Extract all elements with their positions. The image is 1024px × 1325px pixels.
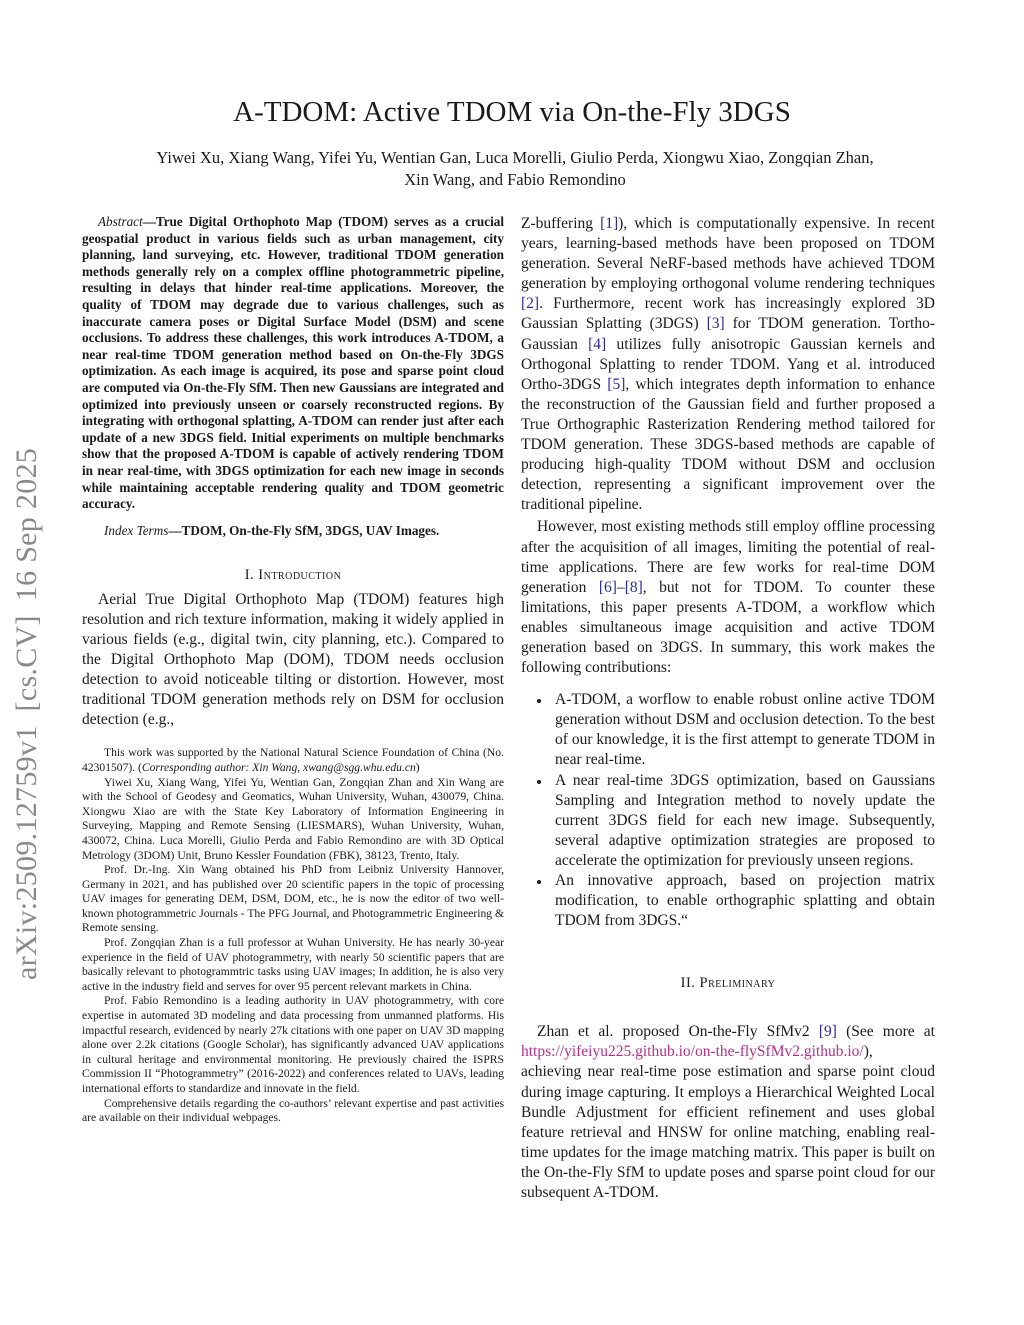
arxiv-id: arXiv:2509.12759v1 xyxy=(10,725,43,980)
arxiv-category: [cs.CV] xyxy=(10,615,43,711)
intro-paragraph-1-continued: Z-buffering [1]), which is computational… xyxy=(521,214,935,515)
abstract-text: True Digital Orthophoto Map (TDOM) serve… xyxy=(82,214,504,511)
author-list: Yiwei Xu, Xiang Wang, Yifei Yu, Wentian … xyxy=(80,147,950,191)
funding-close: ) xyxy=(416,761,420,774)
citation-link-4[interactable]: [4] xyxy=(588,336,606,353)
footnote-bio-zhan: Prof. Zongqian Zhan is a full professor … xyxy=(82,936,504,994)
text-span: – xyxy=(617,579,625,596)
section-heading-introduction: I. Introduction xyxy=(82,567,504,584)
contribution-item: A near real-time 3DGS optimization, base… xyxy=(555,771,935,871)
text-span: , which integrates depth information to … xyxy=(521,376,935,514)
index-terms: Index Terms—TDOM, On-the-Fly SfM, 3DGS, … xyxy=(82,522,504,539)
intro-paragraph-2: However, most existing methods still emp… xyxy=(521,517,935,678)
text-span: (See more at xyxy=(837,1023,935,1040)
abstract: Abstract—True Digital Orthophoto Map (TD… xyxy=(82,214,504,513)
contribution-item: A-TDOM, a worflow to enable robust onlin… xyxy=(555,690,935,770)
citation-link-3[interactable]: [3] xyxy=(707,315,725,332)
abstract-dash: — xyxy=(143,214,156,229)
left-column: Abstract—True Digital Orthophoto Map (TD… xyxy=(82,214,504,1126)
text-span: Z-buffering xyxy=(521,215,600,232)
right-column: Z-buffering [1]), which is computational… xyxy=(521,214,935,1203)
text-span: ), achieving near real-time pose estimat… xyxy=(521,1043,935,1201)
project-url-link[interactable]: https://yifeiyu225.github.io/on-the-flyS… xyxy=(521,1043,864,1060)
citation-link-5[interactable]: [5] xyxy=(607,376,625,393)
arxiv-stamp: arXiv:2509.12759v1[cs.CV]16 Sep 2025 xyxy=(10,360,44,980)
footnote-funding: This work was supported by the National … xyxy=(82,746,504,775)
citation-link-6[interactable]: [6] xyxy=(599,579,617,596)
text-span: Zhan et al. proposed On-the-Fly SfMv2 xyxy=(537,1023,819,1040)
section-heading-preliminary: II. Preliminary xyxy=(521,975,935,992)
index-terms-dash: — xyxy=(168,523,181,538)
footnotes: This work was supported by the National … xyxy=(82,746,504,1125)
footnote-coauthors: Comprehensive details regarding the co-a… xyxy=(82,1097,504,1126)
preliminary-paragraph: Zhan et al. proposed On-the-Fly SfMv2 [9… xyxy=(521,1022,935,1203)
footnote-bio-wang: Prof. Dr.-Ing. Xin Wang obtained his PhD… xyxy=(82,863,504,936)
contributions-list: A-TDOM, a worflow to enable robust onlin… xyxy=(521,690,935,931)
footnote-affiliations: Yiwei Xu, Xiang Wang, Yifei Yu, Wentian … xyxy=(82,776,504,864)
arxiv-date: 16 Sep 2025 xyxy=(10,448,43,601)
contribution-item: An innovative approach, based on project… xyxy=(555,871,935,931)
citation-link-9[interactable]: [9] xyxy=(819,1023,837,1040)
corresponding-author: Corresponding author: Xin Wang, xwang@sg… xyxy=(142,761,416,774)
paper-title: A-TDOM: Active TDOM via On-the-Fly 3DGS xyxy=(0,96,1024,129)
abstract-label: Abstract xyxy=(98,214,143,229)
citation-link-8[interactable]: [8] xyxy=(625,579,643,596)
authors-line-2: Xin Wang, and Fabio Remondino xyxy=(80,169,950,191)
index-terms-text: TDOM, On-the-Fly SfM, 3DGS, UAV Images. xyxy=(182,523,440,538)
intro-paragraph-1: Aerial True Digital Orthophoto Map (TDOM… xyxy=(82,590,504,731)
footnote-bio-remondino: Prof. Fabio Remondino is a leading autho… xyxy=(82,994,504,1096)
authors-line-1: Yiwei Xu, Xiang Wang, Yifei Yu, Wentian … xyxy=(80,147,950,169)
citation-link-1[interactable]: [1] xyxy=(600,215,618,232)
index-terms-label: Index Terms xyxy=(104,523,168,538)
citation-link-2[interactable]: [2] xyxy=(521,295,539,312)
